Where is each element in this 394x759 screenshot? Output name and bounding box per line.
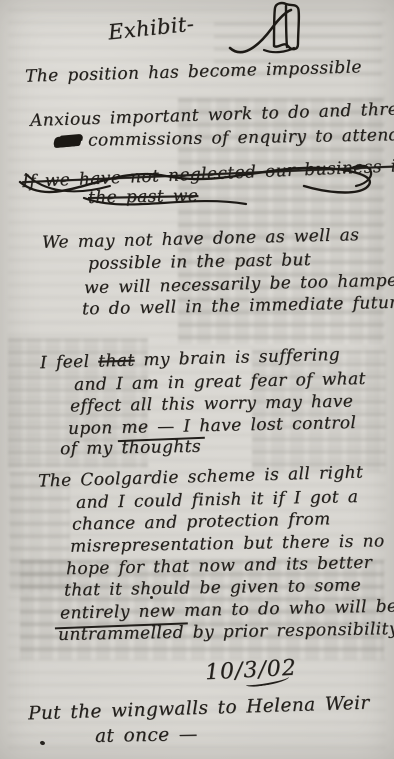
line-segment: by prior responsibility xyxy=(184,619,394,643)
line-segment: I feel xyxy=(40,352,99,374)
handwritten-line: possible in the past but xyxy=(88,252,311,273)
strike-loop-strokes xyxy=(14,152,384,214)
handwritten-line: at once — xyxy=(95,726,198,746)
line-segment: of my xyxy=(60,438,122,459)
handwritten-line: effect all this worry may have xyxy=(70,394,354,416)
scanned-note-page: Exhibit- The position has become impossi… xyxy=(0,0,394,759)
ink-fleck xyxy=(150,596,153,599)
overlined-word: thoughts xyxy=(121,437,201,458)
scribbled-out-word xyxy=(52,135,82,148)
struck-word: that xyxy=(98,351,135,372)
overlined-word: untrammelled xyxy=(58,623,184,645)
handwritten-date: 10/3/02 xyxy=(204,656,297,686)
monogram-flourish-icon xyxy=(228,2,308,62)
handwritten-line: of my thoughts xyxy=(60,439,201,458)
